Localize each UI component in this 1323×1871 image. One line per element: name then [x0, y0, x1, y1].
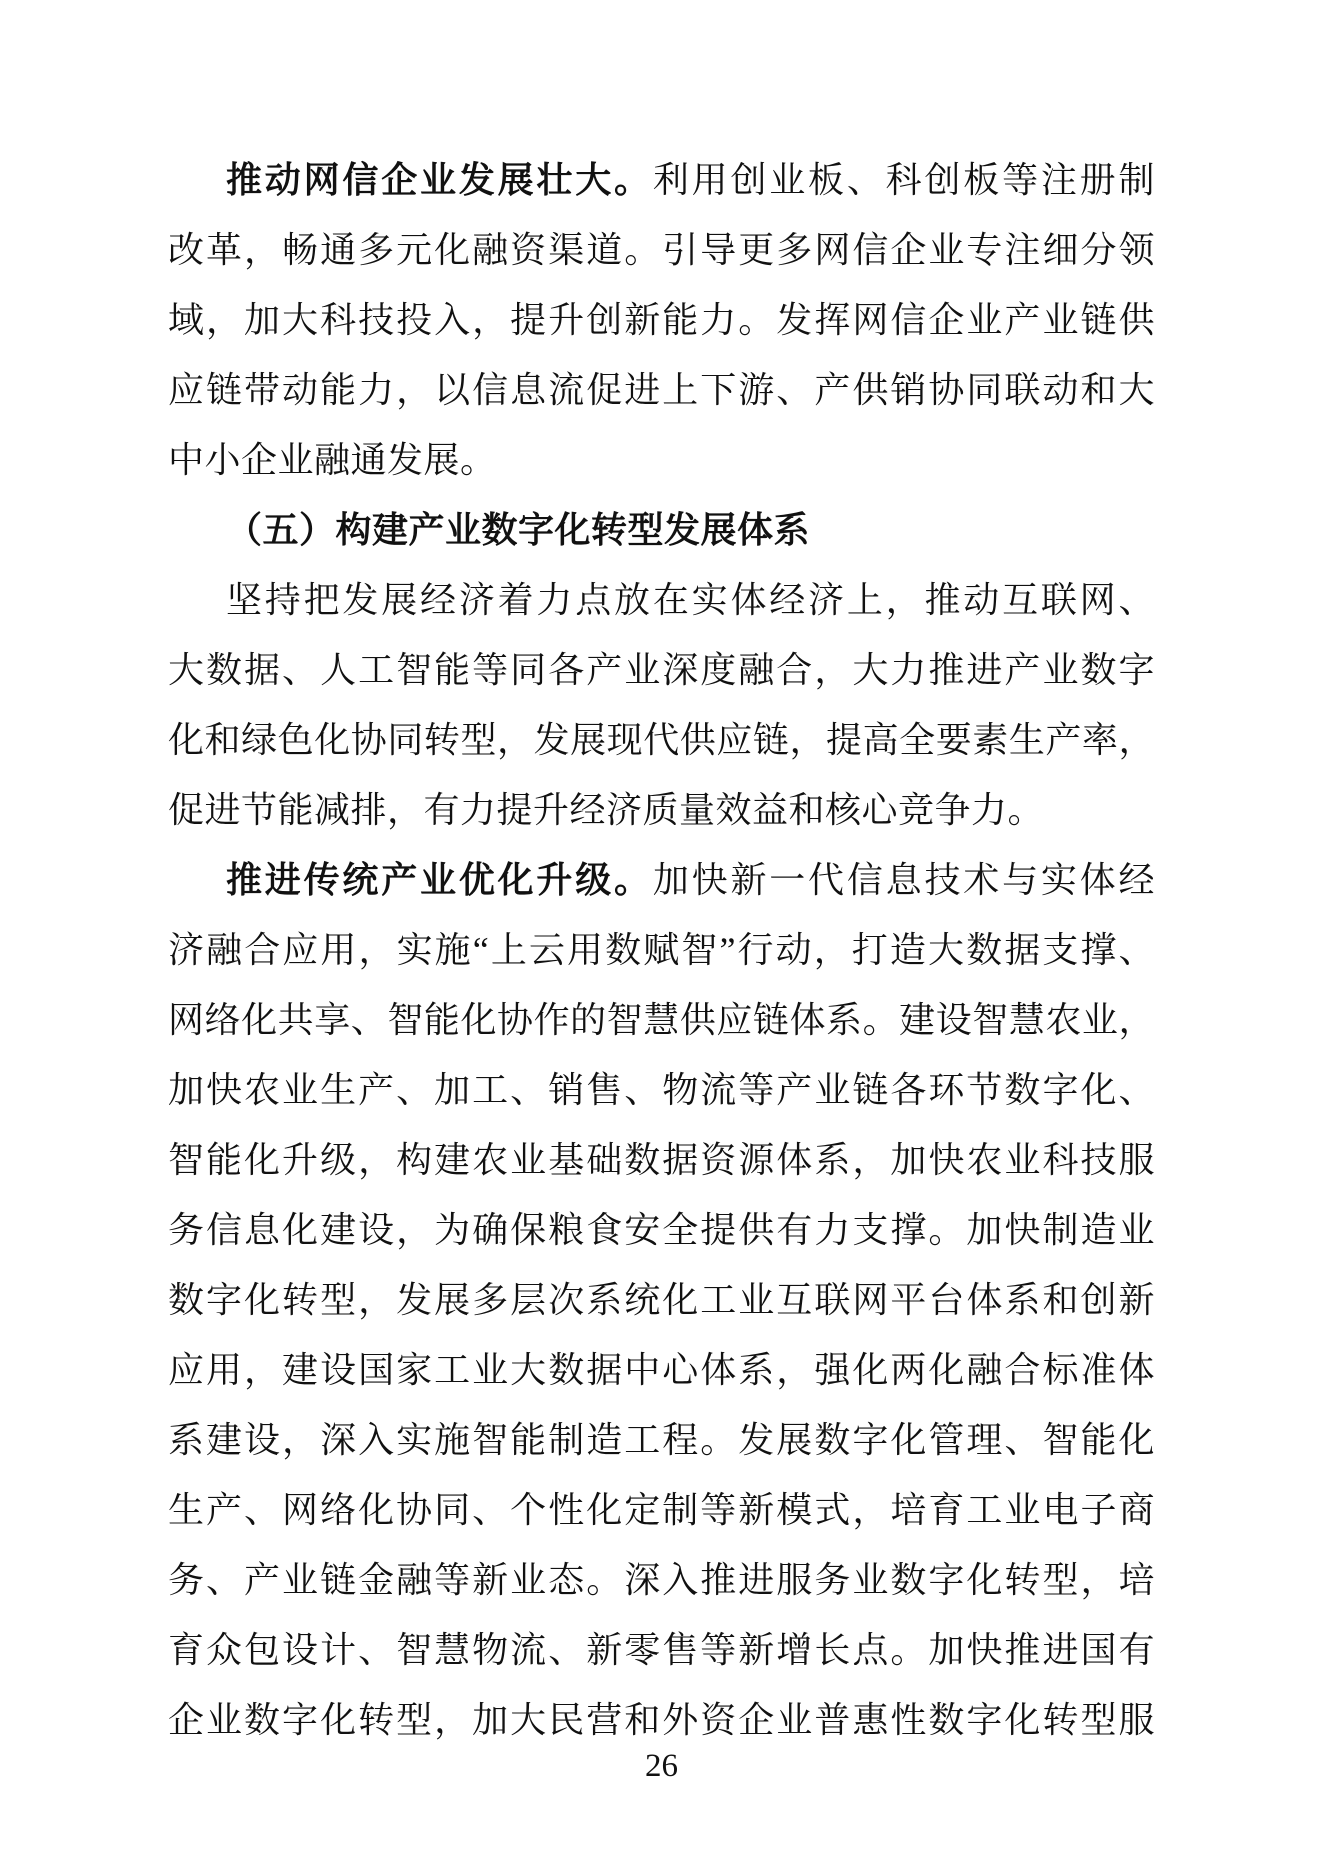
line-text: 应用，建设国家工业大数据中心体系，强化两化融合标准体 — [168, 1350, 1155, 1390]
text-line: 务、产业链金融等新业态。深入推进服务业数字化转型，培 — [168, 1545, 1155, 1615]
text-line: 应链带动能力，以信息流促进上下游、产供销协同联动和大 — [168, 355, 1155, 425]
line-text: 促进节能减排，有力提升经济质量效益和核心竞争力。 — [168, 790, 1044, 830]
text-block: 推动网信企业发展壮大。利用创业板、科创板等注册制改革，畅通多元化融资渠道。引导更… — [168, 145, 1155, 1755]
line-text: 大数据、人工智能等同各产业深度融合，大力推进产业数字 — [168, 650, 1155, 690]
text-line: 坚持把发展经济着力点放在实体经济上，推动互联网、 — [168, 565, 1155, 635]
page-number: 26 — [0, 1748, 1323, 1785]
line-text: 化和绿色化协同转型，发展现代供应链，提高全要素生产率， — [168, 720, 1155, 760]
line-text: 务、产业链金融等新业态。深入推进服务业数字化转型，培 — [168, 1560, 1155, 1600]
text-line: 企业数字化转型，加大民营和外资企业普惠性数字化转型服 — [168, 1685, 1155, 1755]
text-line: 育众包设计、智慧物流、新零售等新增长点。加快推进国有 — [168, 1615, 1155, 1685]
text-line: 加快农业生产、加工、销售、物流等产业链各环节数字化、 — [168, 1055, 1155, 1125]
line-text: 育众包设计、智慧物流、新零售等新增长点。加快推进国有 — [168, 1630, 1155, 1670]
text-line: 域，加大科技投入，提升创新能力。发挥网信企业产业链供 — [168, 285, 1155, 355]
line-text: 域，加大科技投入，提升创新能力。发挥网信企业产业链供 — [168, 300, 1155, 340]
text-line: （五）构建产业数字化转型发展体系 — [168, 495, 1155, 565]
line-text: 济融合应用，实施“上云用数赋智”行动，打造大数据支撑、 — [168, 930, 1155, 970]
line-text: 系建设，深入实施智能制造工程。发展数字化管理、智能化 — [168, 1420, 1155, 1460]
text-line: 应用，建设国家工业大数据中心体系，强化两化融合标准体 — [168, 1335, 1155, 1405]
text-line: 大数据、人工智能等同各产业深度融合，大力推进产业数字 — [168, 635, 1155, 705]
line-text: 利用创业板、科创板等注册制 — [653, 160, 1155, 200]
text-line: 系建设，深入实施智能制造工程。发展数字化管理、智能化 — [168, 1405, 1155, 1475]
line-text: 网络化共享、智能化协作的智慧供应链体系。建设智慧农业， — [168, 1000, 1155, 1040]
line-text: 改革，畅通多元化融资渠道。引导更多网信企业专注细分领 — [168, 230, 1155, 270]
line-text: 中小企业融通发展。 — [168, 440, 497, 480]
text-line: 促进节能减排，有力提升经济质量效益和核心竞争力。 — [168, 775, 1155, 845]
document-page: 推动网信企业发展壮大。利用创业板、科创板等注册制改革，畅通多元化融资渠道。引导更… — [0, 0, 1323, 1871]
text-line: 生产、网络化协同、个性化定制等新模式，培育工业电子商 — [168, 1475, 1155, 1545]
line-text: 加快新一代信息技术与实体经 — [653, 860, 1155, 900]
text-line: 网络化共享、智能化协作的智慧供应链体系。建设智慧农业， — [168, 985, 1155, 1055]
line-text: 加快农业生产、加工、销售、物流等产业链各环节数字化、 — [168, 1070, 1155, 1110]
text-line: 数字化转型，发展多层次系统化工业互联网平台体系和创新 — [168, 1265, 1155, 1335]
text-line: 化和绿色化协同转型，发展现代供应链，提高全要素生产率， — [168, 705, 1155, 775]
lead-bold-text: 推动网信企业发展壮大。 — [226, 159, 653, 200]
line-text: 企业数字化转型，加大民营和外资企业普惠性数字化转型服 — [168, 1700, 1155, 1740]
line-text: （五）构建产业数字化转型发展体系 — [226, 510, 810, 550]
line-text: 数字化转型，发展多层次系统化工业互联网平台体系和创新 — [168, 1280, 1155, 1320]
text-line: 济融合应用，实施“上云用数赋智”行动，打造大数据支撑、 — [168, 915, 1155, 985]
text-line: 推进传统产业优化升级。加快新一代信息技术与实体经 — [168, 845, 1155, 915]
line-text: 务信息化建设，为确保粮食安全提供有力支撑。加快制造业 — [168, 1210, 1155, 1250]
text-line: 智能化升级，构建农业基础数据资源体系，加快农业科技服 — [168, 1125, 1155, 1195]
line-text: 应链带动能力，以信息流促进上下游、产供销协同联动和大 — [168, 370, 1155, 410]
text-line: 推动网信企业发展壮大。利用创业板、科创板等注册制 — [168, 145, 1155, 215]
text-line: 中小企业融通发展。 — [168, 425, 1155, 495]
text-line: 务信息化建设，为确保粮食安全提供有力支撑。加快制造业 — [168, 1195, 1155, 1265]
text-line: 改革，畅通多元化融资渠道。引导更多网信企业专注细分领 — [168, 215, 1155, 285]
lead-bold-text: 推进传统产业优化升级。 — [226, 859, 653, 900]
line-text: 智能化升级，构建农业基础数据资源体系，加快农业科技服 — [168, 1140, 1155, 1180]
line-text: 生产、网络化协同、个性化定制等新模式，培育工业电子商 — [168, 1490, 1155, 1530]
line-text: 坚持把发展经济着力点放在实体经济上，推动互联网、 — [226, 580, 1155, 620]
